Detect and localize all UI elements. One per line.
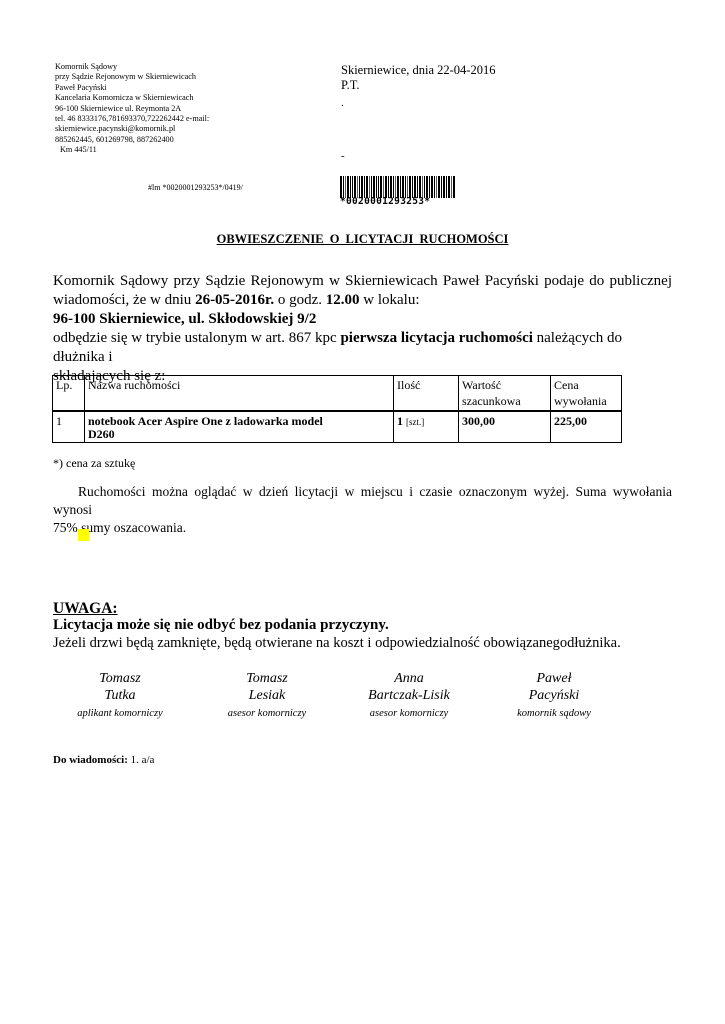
signature-last-name: Tutka bbox=[50, 687, 190, 704]
signature-first-name: Anna bbox=[339, 670, 479, 687]
reference-code: #lm *0020001293253*/0419/ bbox=[148, 183, 243, 192]
header-value-line: Wartość bbox=[462, 377, 547, 393]
intro-paragraph: Komornik Sądowy przy Sądzie Rejonowym w … bbox=[53, 272, 672, 386]
intro-text: w lokalu: bbox=[360, 292, 420, 308]
header-lp: Lp. bbox=[53, 376, 85, 412]
sender-block: Komornik Sądowy przy Sądzie Rejonowym w … bbox=[55, 62, 209, 156]
warning-text: Jeżeli drzwi będą zamknięte, będą otwier… bbox=[53, 635, 621, 652]
sender-line: Kancelaria Komornicza w Skierniewicach bbox=[55, 93, 209, 103]
qty-unit: [szt.] bbox=[406, 417, 424, 427]
addressee-dash: - bbox=[341, 150, 345, 162]
barcode: *0020001293253* bbox=[340, 176, 468, 206]
price-footnote: *) cena za sztukę bbox=[53, 456, 135, 471]
auction-address: 96-100 Skierniewice, ul. Skłodowskiej 9/… bbox=[53, 310, 672, 329]
cell-value: 300,00 bbox=[459, 411, 551, 443]
case-number: Km 445/11 bbox=[55, 145, 209, 155]
cell-lp: 1 bbox=[53, 411, 85, 443]
header-price: Cenawywołania bbox=[551, 376, 622, 412]
qty-value: 1 bbox=[397, 414, 403, 428]
warning-bold-line: Licytacja może się nie odbyć bez podania… bbox=[53, 617, 389, 634]
sender-line: 96-100 Skierniewice ul. Reymonta 2A bbox=[55, 104, 209, 114]
signature-last-name: Bartczak-Lisik bbox=[339, 687, 479, 704]
place-date: Skierniewice, dnia 22-04-2016 bbox=[341, 63, 495, 78]
inspection-paragraph: Ruchomości można oglądać w dzień licytac… bbox=[53, 483, 672, 537]
intro-text: wiadomości, że w dniu bbox=[53, 292, 195, 308]
table-row: 1 notebook Acer Aspire One z ladowarka m… bbox=[53, 411, 622, 443]
inspection-line-2: 75% sumy oszacowania. bbox=[53, 519, 672, 537]
header-qty: Ilość bbox=[394, 376, 459, 412]
signature-block: Tomasz Lesiak asesor komorniczy bbox=[197, 670, 337, 724]
signature-block: Anna Bartczak-Lisik asesor komorniczy bbox=[339, 670, 479, 724]
addressee-dot: . bbox=[341, 97, 344, 109]
intro-line-2: wiadomości, że w dniu 26-05-2016r. o god… bbox=[53, 291, 672, 310]
intro-text: o godz. bbox=[274, 292, 326, 308]
signature-last-name: Lesiak bbox=[197, 687, 337, 704]
inspection-line-1: Ruchomości można oglądać w dzień licytac… bbox=[53, 483, 672, 519]
header-price-line: wywołania bbox=[554, 393, 618, 409]
place-date-block: Skierniewice, dnia 22-04-2016 P.T. bbox=[341, 63, 495, 93]
cell-name: notebook Acer Aspire One z ladowarka mod… bbox=[85, 411, 394, 443]
barcode-text: *0020001293253* bbox=[340, 197, 468, 206]
table-header-row: Lp. Nazwa ruchomości Ilość Wartośćszacun… bbox=[53, 376, 622, 412]
intro-text: odbędzie się w trybie ustalonym w art. 8… bbox=[53, 330, 340, 346]
header-name: Nazwa ruchomości bbox=[85, 376, 394, 412]
warning-heading: UWAGA: bbox=[53, 600, 118, 618]
signature-first-name: Tomasz bbox=[50, 670, 190, 687]
item-name-line: notebook Acer Aspire One z ladowarka mod… bbox=[88, 415, 390, 428]
auction-type: pierwsza licytacja ruchomości bbox=[340, 330, 532, 346]
document-title: OBWIESZCZENIE O LICYTACJI RUCHOMOŚCI bbox=[0, 232, 725, 247]
signature-first-name: Tomasz bbox=[197, 670, 337, 687]
header-price-line: Cena bbox=[554, 377, 618, 393]
distribution-value: 1. a/a bbox=[128, 754, 155, 766]
sender-line: przy Sądzie Rejonowym w Skierniewicach bbox=[55, 72, 209, 82]
cell-price: 225,00 bbox=[551, 411, 622, 443]
sender-line: Komornik Sądowy bbox=[55, 62, 209, 72]
signature-role: aplikant komorniczy bbox=[50, 704, 190, 724]
signature-role: asesor komorniczy bbox=[197, 704, 337, 724]
items-table: Lp. Nazwa ruchomości Ilość Wartośćszacun… bbox=[52, 375, 622, 443]
auction-address-text: 96-100 Skierniewice, ul. Skłodowskiej 9/… bbox=[53, 311, 316, 327]
cell-qty: 1 [szt.] bbox=[394, 411, 459, 443]
signature-block: Tomasz Tutka aplikant komorniczy bbox=[50, 670, 190, 724]
item-model: D260 bbox=[88, 428, 390, 441]
sender-line: Paweł Pacyński bbox=[55, 83, 209, 93]
auction-date: 26-05-2016r. bbox=[195, 292, 274, 308]
auction-time: 12.00 bbox=[326, 292, 360, 308]
sender-email: skierniewice.pacynski@komornik.pl bbox=[55, 124, 209, 134]
signature-role: komornik sądowy bbox=[484, 704, 624, 724]
barcode-bars bbox=[340, 176, 468, 198]
signature-role: asesor komorniczy bbox=[339, 704, 479, 724]
signature-last-name: Pacyński bbox=[484, 687, 624, 704]
addressee: P.T. bbox=[341, 78, 495, 93]
distribution-label: Do wiadomości: bbox=[53, 754, 128, 766]
signature-first-name: Paweł bbox=[484, 670, 624, 687]
signature-block: Paweł Pacyński komornik sądowy bbox=[484, 670, 624, 724]
header-value-line: szacunkowa bbox=[462, 393, 547, 409]
sender-line: tel. 46 8333176,781693370,722262442 e-ma… bbox=[55, 114, 209, 124]
header-value: Wartośćszacunkowa bbox=[459, 376, 551, 412]
highlight-marker bbox=[78, 529, 89, 541]
sender-phones: 885262445, 601269798, 887262400 bbox=[55, 135, 209, 145]
intro-line-1: Komornik Sądowy przy Sądzie Rejonowym w … bbox=[53, 272, 672, 291]
intro-line-4: odbędzie się w trybie ustalonym w art. 8… bbox=[53, 329, 672, 367]
distribution-note: Do wiadomości: 1. a/a bbox=[53, 754, 154, 766]
